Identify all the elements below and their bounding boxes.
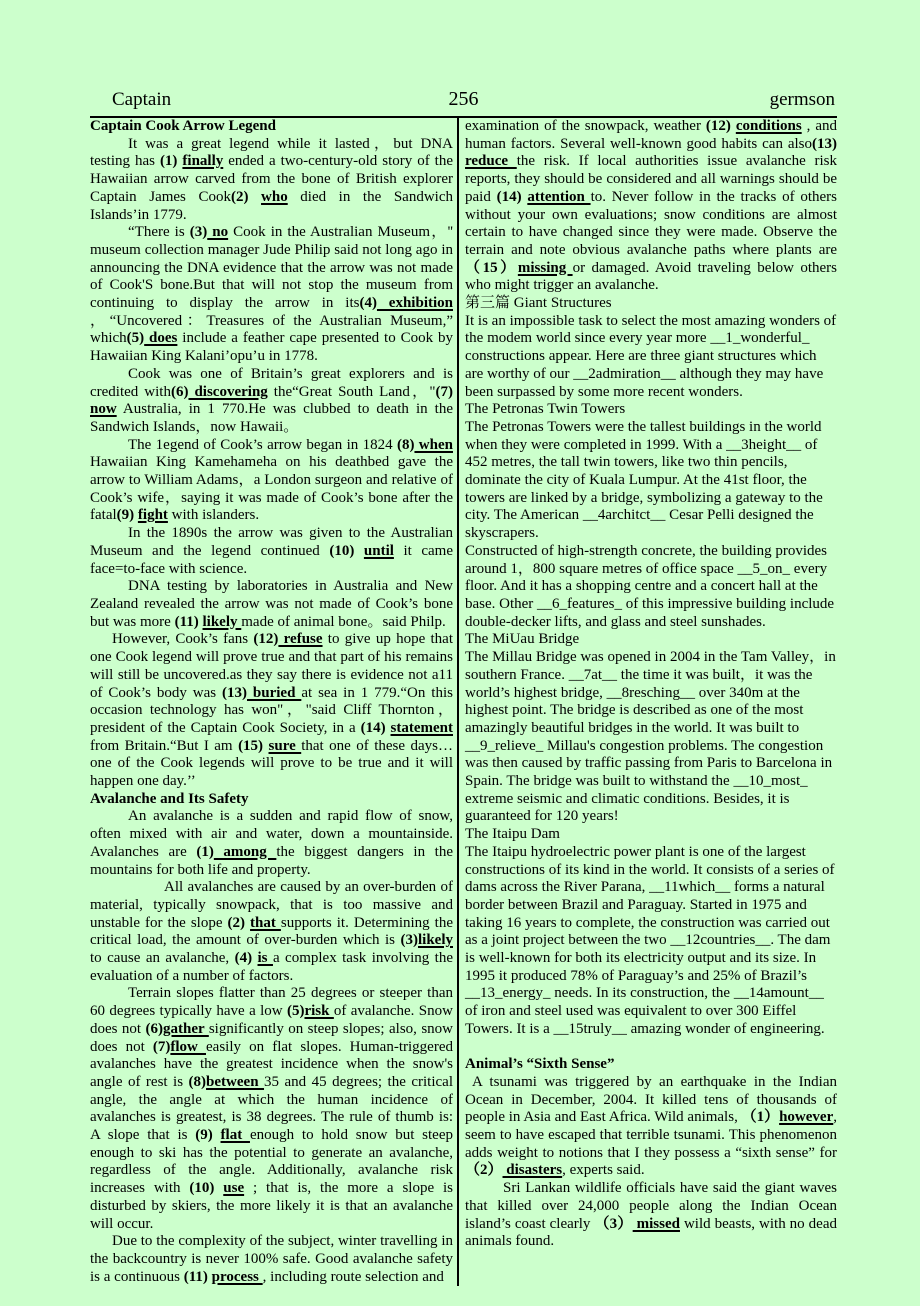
text-line: The Petronas Twin Towers	[465, 401, 837, 419]
answer-blank: (7)	[153, 1039, 171, 1055]
paragraph: An avalanche is a sudden and rapid flow …	[90, 808, 453, 879]
text-line: The Itaipu Dam	[465, 826, 837, 844]
paragraph: A tsunami was triggered by an earthquake…	[465, 1074, 837, 1180]
answer-blank: refuse	[278, 631, 322, 647]
answer-blank: (7)	[436, 384, 454, 400]
answer-blank: （15）	[465, 260, 518, 276]
answer-blank: statement	[391, 720, 453, 736]
answer-blank: missed	[633, 1216, 680, 1232]
paragraph: Due to the complexity of the subject, wi…	[90, 1233, 453, 1286]
section-heading: Captain Cook Arrow Legend	[90, 118, 453, 136]
answer-blank: (12)	[253, 631, 278, 647]
answer-blank: missing	[518, 260, 573, 276]
answer-blank: discovering	[188, 384, 267, 400]
text-run: , experts said.	[562, 1162, 644, 1178]
text-line: The MiUau Bridge	[465, 631, 837, 649]
answer-blank: (14)	[361, 720, 391, 736]
answer-blank: (8)	[397, 437, 415, 453]
answer-blank: (3)	[400, 932, 418, 948]
answer-blank: (2)	[231, 189, 261, 205]
answer-blank: fight	[138, 507, 168, 523]
text-run: It is an impossible task to select the m…	[465, 313, 836, 400]
answer-blank: (9)	[117, 507, 138, 523]
page-number: 256	[449, 88, 479, 111]
answer-blank: however	[779, 1109, 833, 1125]
text-run: examination of the snowpack, weather	[465, 118, 706, 134]
answer-blank: (14)	[497, 189, 528, 205]
text-run: However, Cook’s fans	[112, 631, 253, 647]
answer-blank: conditions	[736, 118, 802, 134]
answer-blank: who	[261, 189, 288, 205]
answer-blank: (13)	[812, 136, 837, 152]
answer-blank: reduce	[465, 153, 517, 169]
text-run: The Itaipu hydroelectric power plant is …	[465, 844, 835, 1037]
paragraph: The Millau Bridge was opened in 2004 in …	[465, 649, 837, 826]
answer-blank: use	[223, 1180, 244, 1196]
answer-blank: (4)	[359, 295, 377, 311]
paragraph: examination of the snowpack, weather (12…	[465, 118, 837, 295]
paragraph: DNA testing by laboratories in Australia…	[90, 578, 453, 631]
paragraph: All avalanches are caused by an over-bur…	[90, 879, 453, 985]
right-column: examination of the snowpack, weather (12…	[465, 118, 837, 1286]
spacer	[465, 1039, 837, 1057]
answer-blank: disasters	[503, 1162, 563, 1178]
answer-blank: (11)	[184, 1269, 212, 1285]
answer-blank: (6)	[171, 384, 189, 400]
answer-blank: (4)	[235, 950, 258, 966]
answer-blank: (6)	[146, 1021, 164, 1037]
answer-blank: （3）	[594, 1216, 632, 1232]
answer-blank: (8)	[189, 1074, 207, 1090]
answer-blank: until	[364, 543, 394, 559]
answer-blank: when	[414, 437, 453, 453]
answer-blank: flat	[221, 1127, 250, 1143]
answer-blank: (1)	[196, 844, 214, 860]
answer-blank: likely	[418, 932, 453, 948]
answer-blank: sure	[269, 738, 302, 754]
text-run: with islanders.	[168, 507, 259, 523]
answer-blank: gather	[163, 1021, 209, 1037]
paragraph: Cook was one of Britain’s great explorer…	[90, 366, 453, 437]
paragraph: The Petronas Towers were the tallest bui…	[465, 419, 837, 543]
section-heading: Animal’s “Sixth Sense”	[465, 1056, 837, 1074]
answer-blank: (3)	[190, 224, 208, 240]
text-run: The Petronas Towers were the tallest bui…	[465, 419, 823, 541]
text-run: to cause an avalanche,	[90, 950, 235, 966]
answer-blank: (12)	[706, 118, 736, 134]
answer-blank: finally	[182, 153, 223, 169]
text-run: made of animal bone。said Philp.	[241, 614, 446, 630]
answer-blank: is	[258, 950, 273, 966]
text-run: from Britain.“But I am	[90, 738, 238, 754]
text-run: , including route selection and	[263, 1269, 444, 1285]
answer-blank: (9)	[195, 1127, 220, 1143]
answer-blank: exhibition	[377, 295, 453, 311]
paragraph: The Itaipu hydroelectric power plant is …	[465, 844, 837, 1039]
left-column: Captain Cook Arrow LegendIt was a great …	[90, 118, 453, 1286]
answer-blank: （1）	[742, 1109, 780, 1125]
text-run: Constructed of high-strength concrete, t…	[465, 543, 834, 630]
answer-blank: that	[250, 915, 281, 931]
header-author: germson	[479, 89, 838, 111]
paragraph: However, Cook’s fans (12) refuse to give…	[90, 631, 453, 790]
section-heading: Avalanche and Its Safety	[90, 791, 453, 809]
paragraph: In the 1890s the arrow was given to the …	[90, 525, 453, 578]
answer-blank: (2)	[228, 915, 251, 931]
paragraph: “There is (3) no Cook in the Australian …	[90, 224, 453, 366]
paragraph: Constructed of high-strength concrete, t…	[465, 543, 837, 632]
document-page: Captain 256 germson Captain Cook Arrow L…	[0, 0, 920, 1306]
answer-blank: attention	[527, 189, 590, 205]
text-run: “There is	[128, 224, 190, 240]
header-running-title: Captain	[90, 89, 449, 111]
answer-blank: now	[90, 401, 117, 417]
answer-blank: no	[207, 224, 228, 240]
answer-blank: (10)	[189, 1180, 223, 1196]
text-run: Australia, in 1 770.He was clubbed to de…	[90, 401, 453, 435]
two-column-body: Captain Cook Arrow LegendIt was a great …	[90, 118, 837, 1286]
paragraph: The 1egend of Cook’s arrow began in 1824…	[90, 437, 453, 526]
answer-blank: risk	[304, 1003, 333, 1019]
answer-blank: (11)	[175, 614, 203, 630]
paragraph: It was a great legend while it lasted，bu…	[90, 136, 453, 225]
paragraph: Terrain slopes flatter than 25 degrees o…	[90, 985, 453, 1233]
text-run: the“Great South Land，"	[268, 384, 436, 400]
paragraph: Sri Lankan wildlife officials have said …	[465, 1180, 837, 1251]
text-run: The Millau Bridge was opened in 2004 in …	[465, 649, 836, 824]
answer-blank: (5)	[287, 1003, 305, 1019]
column-divider	[457, 118, 459, 1286]
paragraph: It is an impossible task to select the m…	[465, 313, 837, 402]
answer-blank: likely	[203, 614, 242, 630]
answer-blank: (1)	[160, 153, 182, 169]
answer-blank: (5)	[127, 330, 145, 346]
page-header: Captain 256 germson	[90, 88, 837, 118]
text-line: 第三篇 Giant Structures	[465, 295, 837, 313]
text-run: The 1egend of Cook’s arrow began in 1824	[128, 437, 397, 453]
answer-blank: among	[214, 844, 277, 860]
answer-blank: (10)	[329, 543, 364, 559]
answer-blank: (15)	[238, 738, 268, 754]
answer-blank: (13)	[222, 685, 247, 701]
answer-blank: flow	[170, 1039, 206, 1055]
answer-blank: buried	[247, 685, 301, 701]
answer-blank: between	[206, 1074, 264, 1090]
answer-blank: （2）	[465, 1162, 503, 1178]
answer-blank: process	[212, 1269, 263, 1285]
answer-blank: does	[144, 330, 177, 346]
